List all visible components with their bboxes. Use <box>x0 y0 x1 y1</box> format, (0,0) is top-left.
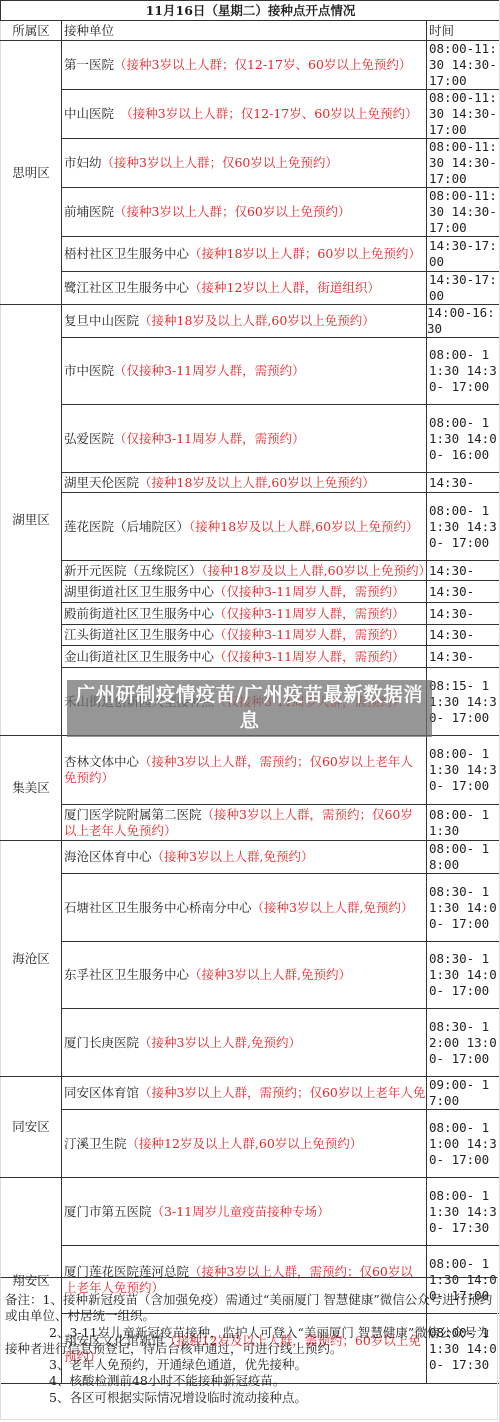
unit-cell: 同安区体育馆（接种3岁以上人群，需预约；仅60岁以上老年人免预约） <box>62 1077 427 1110</box>
note-item: 3、老年人免预约，开通绿色通道，优先接种。 <box>5 1357 493 1373</box>
unit-note: （接种12岁以上人群，街道组织） <box>189 280 380 295</box>
table-row: 翔安区 厦门市第五医院（3-11周岁儿童疫苗接种专场） 08:00- 11:30… <box>1 1178 500 1246</box>
table-row: 湖里天伦医院（接种18岁及以上人群,60岁以上免预约） 14:30- <box>1 473 500 493</box>
time-cell: 08:30- 11:30 14:00- 17:00 <box>427 874 500 942</box>
unit-name: 厦门市第五医院 <box>64 1204 152 1219</box>
table-row: 同安区 同安区体育馆（接种3岁以上人群，需预约；仅60岁以上老年人免预约） 09… <box>1 1077 500 1110</box>
district-cell: 湖里区 <box>1 305 62 736</box>
unit-name: 鹭江社区卫生服务中心 <box>64 280 189 295</box>
district-cell: 同安区 <box>1 1077 62 1178</box>
unit-cell: 前埔医院（接种3岁以上人群；仅60岁以上免预约） <box>62 188 427 237</box>
table-row: 石塘社区卫生服务中心桥南分中心（接种3岁以上人群,免预约） 08:30- 11:… <box>1 874 500 942</box>
unit-name: 海沧区体育中心 <box>64 849 152 864</box>
unit-cell: 市妇幼（接种3岁以上人群；仅60岁以上免预约） <box>62 139 427 188</box>
table-row: 鹭江社区卫生服务中心（接种12岁以上人群，街道组织） 14:30-17:00 <box>1 272 500 305</box>
unit-note: （接种18岁以上人群；60岁以上免预约） <box>189 246 421 261</box>
table-row: 江头街道社区卫生服务中心（仅接种3-11周岁人群，需预约） 14:30- <box>1 625 500 646</box>
table-row: 莲花医院（后埔院区）（接种18岁及以上人群,60岁以上免预约） 08:00- 1… <box>1 493 500 561</box>
sheet-title: 11月16日（星期二）接种点开点情况 <box>1 1 500 21</box>
unit-cell: 鹭江社区卫生服务中心（接种12岁以上人群，街道组织） <box>62 272 427 305</box>
unit-note: （接种18岁及以上人群,60岁以上免预约） <box>189 519 419 534</box>
unit-cell: 湖里天伦医院（接种18岁及以上人群,60岁以上免预约） <box>62 473 427 493</box>
unit-name: 市中医院 <box>64 363 114 378</box>
unit-name: 市妇幼 <box>64 155 102 170</box>
unit-cell: 弘爱医院（仅接种3-11周岁人群，需预约） <box>62 405 427 473</box>
table-row: 思明区 第一医院（接种3岁以上人群；仅12-17岁、60岁以上免预约） 08:0… <box>1 41 500 90</box>
unit-note: （接种3岁以上人群；仅12-17岁、60岁以上免预约） <box>114 57 411 72</box>
unit-note: （接种3岁以上人群,免预约） <box>152 849 314 864</box>
time-cell: 14:30- <box>427 473 500 493</box>
unit-cell: 东孚社区卫生服务中心（接种3岁以上人群,免预约） <box>62 942 427 1009</box>
unit-cell: 莲花医院（后埔院区）（接种18岁及以上人群,60岁以上免预约） <box>62 493 427 561</box>
unit-name: 湖里街道社区卫生服务中心 <box>64 584 214 599</box>
time-cell: 08:30- 11:30 14:00- 17:00 <box>427 942 500 1009</box>
district-cell: 思明区 <box>1 41 62 305</box>
note-item: 2、3-11岁儿童新冠疫苗接种，监护人可登入“美丽厦门 智慧健康”微信公众号为接… <box>5 1325 493 1358</box>
time-cell: 14:30- <box>427 581 500 603</box>
unit-cell: 市中医院（仅接种3-11周岁人群，需预约） <box>62 338 427 405</box>
note-item: 4、核酸检测前48小时不能接种新冠疫苗。 <box>5 1373 493 1389</box>
time-cell: 08:00-11:30 14:30-17:00 <box>427 188 500 237</box>
unit-name: 新开元医院（五缘院区） <box>64 563 202 578</box>
district-cell: 集美区 <box>1 736 62 841</box>
table-row: 前埔医院（接种3岁以上人群；仅60岁以上免预约） 08:00-11:30 14:… <box>1 188 500 237</box>
table-row: 梧村社区卫生服务中心（接种18岁以上人群；60岁以上免预约） 14:30-17:… <box>1 237 500 272</box>
unit-note: （仅接种3-11周岁人群，需预约） <box>114 363 305 378</box>
unit-name: 第一医院 <box>64 57 114 72</box>
table-row: 中山医院 （接种3岁以上人群；仅12-17岁、60岁以上免预约） 08:00-1… <box>1 90 500 139</box>
unit-note: （接种12岁及以上人群,60岁以上免预约） <box>127 1136 363 1151</box>
time-cell: 14:30- <box>427 603 500 625</box>
unit-name: 东孚社区卫生服务中心 <box>64 967 189 982</box>
table-row: 新开元医院（五缘院区）（接种18岁及以上人群,60岁以上免预约） 14:30- <box>1 561 500 581</box>
unit-name: 厦门长庚医院 <box>64 1035 139 1050</box>
caption-overlay-text: 广州研制疫情疫苗/广州疫苗最新数据消息 <box>67 682 432 734</box>
unit-cell: 湖里街道社区卫生服务中心（仅接种3-11周岁人群，需预约） <box>62 581 427 603</box>
time-cell: 14:30- <box>427 561 500 581</box>
table-row: 弘爱医院（仅接种3-11周岁人群，需预约） 08:00- 11:30 14:00… <box>1 405 500 473</box>
table-row: 市妇幼（接种3岁以上人群；仅60岁以上免预约） 08:00-11:30 14:3… <box>1 139 500 188</box>
unit-cell: 杏林文体中心（接种3岁以上人群，需预约；仅60岁以上老年人免预约） <box>62 736 427 805</box>
header-time: 时间 <box>427 21 500 41</box>
unit-name: 石塘社区卫生服务中心桥南分中心 <box>64 900 252 915</box>
table-row: 殿前街道社区卫生服务中心（仅接种3-11周岁人群，需预约） 14:30- <box>1 603 500 625</box>
table-row: 集美区 杏林文体中心（接种3岁以上人群，需预约；仅60岁以上老年人免预约） 08… <box>1 736 500 805</box>
unit-note: （接种3岁以上人群,免预约） <box>189 967 351 982</box>
unit-note: （3-11周岁儿童疫苗接种专场） <box>152 1204 330 1219</box>
unit-name: 殿前街道社区卫生服务中心 <box>64 606 214 621</box>
time-cell: 08:00- 11:30 14:30- 17:30 <box>427 1178 500 1246</box>
unit-cell: 江头街道社区卫生服务中心（仅接种3-11周岁人群，需预约） <box>62 625 427 646</box>
unit-name: 厦门医学院附属第二医院 <box>64 807 202 822</box>
unit-cell: 殿前街道社区卫生服务中心（仅接种3-11周岁人群，需预约） <box>62 603 427 625</box>
unit-note: （接种18岁及以上人群,60岁以上免预约） <box>139 313 375 328</box>
time-cell: 08:00-11:30 14:30-17:00 <box>427 139 500 188</box>
table-row: 东孚社区卫生服务中心（接种3岁以上人群,免预约） 08:30- 11:30 14… <box>1 942 500 1009</box>
unit-cell: 海沧区体育中心（接种3岁以上人群,免预约） <box>62 841 427 874</box>
unit-name: 中山医院 <box>64 106 114 121</box>
table-row: 汀溪卫生院（接种12岁及以上人群,60岁以上免预约） 08:00- 11:00 … <box>1 1110 500 1178</box>
unit-note: （仅接种3-11周岁人群，需预约） <box>114 431 305 446</box>
time-cell: 14:30- <box>427 646 500 668</box>
table-row: 厦门医学院附属第二医院（接种3岁以上人群，需预约；仅60岁以上老年人免预约） 0… <box>1 805 500 841</box>
unit-cell: 石塘社区卫生服务中心桥南分中心（接种3岁以上人群,免预约） <box>62 874 427 942</box>
unit-cell: 中山医院 （接种3岁以上人群；仅12-17岁、60岁以上免预约） <box>62 90 427 139</box>
unit-name: 金山街道社区卫生服务中心 <box>64 649 214 664</box>
time-cell: 08:15- 11:30 14:30- 17:00 <box>427 668 500 736</box>
unit-cell: 复旦中山医院（接种18岁及以上人群,60岁以上免预约） <box>62 305 427 338</box>
unit-note: （接种3岁以上人群,免预约） <box>139 1035 301 1050</box>
unit-note: （仅接种3-11周岁人群，需预约） <box>214 606 405 621</box>
unit-name: 前埔医院 <box>64 204 114 219</box>
table-row: 厦门长庚医院（接种3岁以上人群,免预约） 08:30- 12:00 13:00-… <box>1 1009 500 1077</box>
unit-note: （仅接种3-11周岁人群，需预约） <box>214 584 405 599</box>
time-cell: 14:30-17:00 <box>427 237 500 272</box>
unit-cell: 厦门医学院附属第二医院（接种3岁以上人群，需预约；仅60岁以上老年人免预约） <box>62 805 427 841</box>
district-cell: 海沧区 <box>1 841 62 1077</box>
unit-note: （接种3岁以上人群，需预约；仅60岁以上老年人免预约） <box>139 1085 426 1100</box>
unit-name: 杏林文体中心 <box>64 754 139 769</box>
unit-name: 湖里天伦医院 <box>64 475 139 490</box>
unit-name: 汀溪卫生院 <box>64 1136 127 1151</box>
unit-name: 弘爱医院 <box>64 431 114 446</box>
time-cell: 08:00- 11:30 14:00- 16:00 <box>427 405 500 473</box>
note-item: 备注：1、接种新冠疫苗（含加强免疫）需通过“美丽厦门 智慧健康”微信公众号进行预… <box>5 1292 493 1325</box>
unit-name: 同安区体育馆 <box>64 1085 139 1100</box>
table-row: 市中医院（仅接种3-11周岁人群，需预约） 08:00- 11:30 14:30… <box>1 338 500 405</box>
unit-cell: 梧村社区卫生服务中心（接种18岁以上人群；60岁以上免预约） <box>62 237 427 272</box>
unit-name: 梧村社区卫生服务中心 <box>64 246 189 261</box>
note-item: 5、各区可根据实际情况增设临时流动接种点。 <box>5 1390 493 1406</box>
unit-cell: 汀溪卫生院（接种12岁及以上人群,60岁以上免预约） <box>62 1110 427 1178</box>
time-cell: 14:30-17:00 <box>427 272 500 305</box>
unit-note: （仅接种3-11周岁人群，需预约） <box>214 627 405 642</box>
header-unit: 接种单位 <box>62 21 427 41</box>
unit-name: 江头街道社区卫生服务中心 <box>64 627 214 642</box>
unit-note: （接种3岁以上人群；仅12-17岁、60岁以上免预约） <box>114 106 418 121</box>
time-cell: 08:30- 12:00 13:00- 17:00 <box>427 1009 500 1077</box>
unit-note: （接种18岁及以上人群,60岁以上免预约） <box>202 563 427 578</box>
table-row: 湖里区 复旦中山医院（接种18岁及以上人群,60岁以上免预约） 14:00-16… <box>1 305 500 338</box>
time-cell: 08:00-11:30 14:30-17:00 <box>427 41 500 90</box>
header-row: 所属区 接种单位 时间 <box>1 21 500 41</box>
unit-note: （接种3岁以上人群；仅60岁以上免预约） <box>102 155 338 170</box>
time-cell: 08:00- 11:30 14:30- 17:00 <box>427 736 500 805</box>
time-cell: 14:00-16:30 <box>427 305 500 338</box>
time-cell: 14:30- <box>427 625 500 646</box>
notes-section: 备注：1、接种新冠疫苗（含加强免疫）需通过“美丽厦门 智慧健康”微信公众号进行预… <box>0 1277 498 1420</box>
unit-note: （接种3岁以上人群；仅60岁以上免预约） <box>114 204 350 219</box>
time-cell: 08:00-11:30 14:30-17:00 <box>427 90 500 139</box>
unit-cell: 第一医院（接种3岁以上人群；仅12-17岁、60岁以上免预约） <box>62 41 427 90</box>
unit-name: 复旦中山医院 <box>64 313 139 328</box>
unit-cell: 金山街道社区卫生服务中心（仅接种3-11周岁人群，需预约） <box>62 646 427 668</box>
time-cell: 09:00- 17:00 <box>427 1077 500 1110</box>
unit-note: （仅接种3-11周岁人群，需预约） <box>214 649 405 664</box>
table-row: 海沧区 海沧区体育中心（接种3岁以上人群,免预约） 08:00- 18:00 <box>1 841 500 874</box>
unit-note: （接种18岁及以上人群,60岁以上免预约） <box>139 475 375 490</box>
unit-cell: 厦门市第五医院（3-11周岁儿童疫苗接种专场） <box>62 1178 427 1246</box>
unit-name: 莲花医院（后埔院区） <box>64 519 189 534</box>
vaccination-sheet: 11月16日（星期二）接种点开点情况 所属区 接种单位 时间 思明区 第一医院（… <box>0 0 500 1422</box>
time-cell: 08:00- 11:30 14:30- 17:00 <box>427 338 500 405</box>
table-row: 湖里街道社区卫生服务中心（仅接种3-11周岁人群，需预约） 14:30- <box>1 581 500 603</box>
time-cell: 08:00- 11:30 <box>427 805 500 841</box>
time-cell: 08:00- 11:30 14:30- 17:00 <box>427 493 500 561</box>
time-cell: 08:00- 11:00 14:30- 17:00 <box>427 1110 500 1178</box>
time-cell: 08:00- 18:00 <box>427 841 500 874</box>
unit-note: （接种3岁以上人群,免预约） <box>252 900 414 915</box>
unit-cell: 新开元医院（五缘院区）（接种18岁及以上人群,60岁以上免预约） <box>62 561 427 581</box>
header-district: 所属区 <box>1 21 62 41</box>
title-row: 11月16日（星期二）接种点开点情况 <box>1 1 500 21</box>
table-row: 金山街道社区卫生服务中心（仅接种3-11周岁人群，需预约） 14:30- <box>1 646 500 668</box>
unit-cell: 厦门长庚医院（接种3岁以上人群,免预约） <box>62 1009 427 1077</box>
